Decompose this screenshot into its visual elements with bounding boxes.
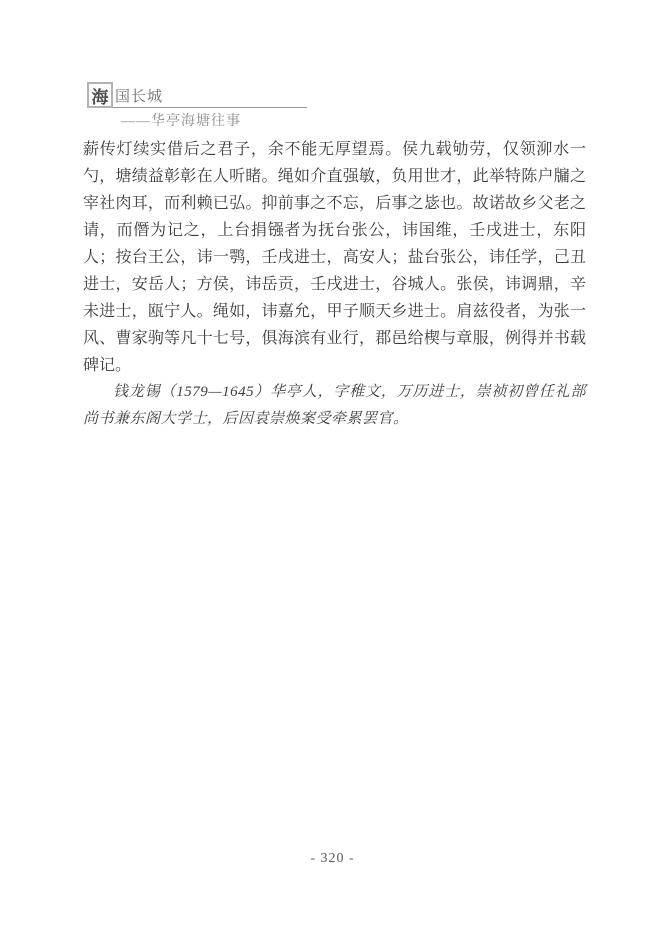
running-head-title-row: 海 国长城 — [87, 82, 307, 108]
chapter-subtitle: ——华亭海塘往事 — [121, 110, 307, 130]
text-block: 薪传灯续实借后之君子，余不能无厚望焉。侯九载劬劳，仅领泖水一勺，塘绩益彰彰在人听… — [83, 136, 586, 433]
page-number: - 320 - — [310, 851, 354, 866]
running-head-rule: 国长城 — [113, 85, 307, 108]
series-logo-box: 海 — [87, 82, 113, 108]
body-paragraph: 薪传灯续实借后之君子，余不能无厚望焉。侯九载劬劳，仅领泖水一勺，塘绩益彰彰在人听… — [83, 136, 586, 379]
page-footer: - 320 - — [0, 849, 665, 867]
series-title: 国长城 — [115, 89, 163, 105]
book-page: 海 国长城 ——华亭海塘往事 薪传灯续实借后之君子，余不能无厚望焉。侯九载劬劳，… — [0, 0, 665, 929]
author-note: 钱龙锡（1579—1645）华亭人，字稚文，万历进士，崇祯初曾任礼部尚书兼东阁大… — [83, 379, 586, 433]
running-head: 海 国长城 ——华亭海塘往事 — [87, 82, 307, 130]
